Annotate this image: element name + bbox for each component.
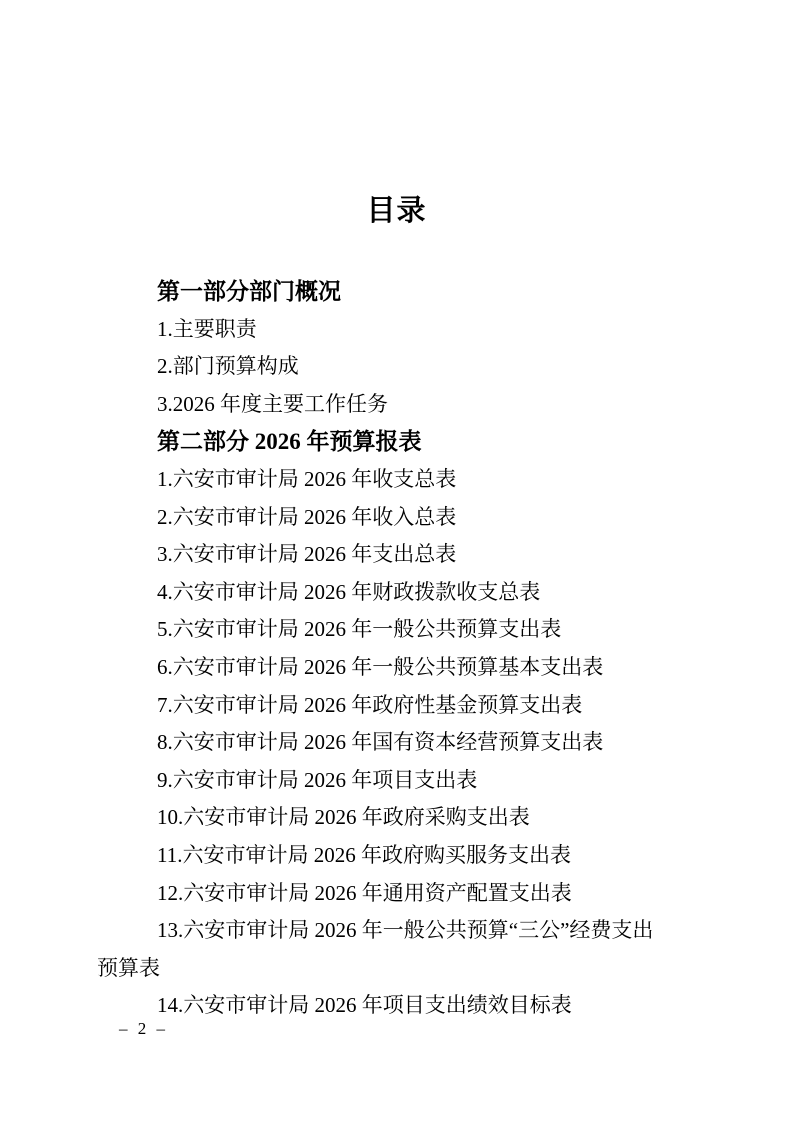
toc-item: 9.六安市审计局 2026 年项目支出表 [97,762,696,800]
toc-item: 14.六安市审计局 2026 年项目支出绩效目标表 [97,987,696,1025]
table-of-contents: 第一部分部门概况 1.主要职责 2.部门预算构成 3.2026 年度主要工作任务… [97,273,696,1025]
toc-item: 3.2026 年度主要工作任务 [97,386,696,424]
toc-item: 12.六安市审计局 2026 年通用资产配置支出表 [97,875,696,913]
toc-item: 1.主要职责 [97,311,696,349]
section-heading-part1: 第一部分部门概况 [97,273,696,311]
page-content: 目录 第一部分部门概况 1.主要职责 2.部门预算构成 3.2026 年度主要工… [0,0,793,1025]
toc-item: 1.六安市审计局 2026 年收支总表 [97,461,696,499]
toc-item-continuation: 预算表 [97,950,696,988]
toc-item: 2.部门预算构成 [97,348,696,386]
page-number: – 2 – [119,1020,168,1037]
toc-item: 10.六安市审计局 2026 年政府采购支出表 [97,799,696,837]
toc-item: 7.六安市审计局 2026 年政府性基金预算支出表 [97,687,696,725]
toc-item: 13.六安市审计局 2026 年一般公共预算“三公”经费支出 [97,912,696,950]
toc-item: 5.六安市审计局 2026 年一般公共预算支出表 [97,611,696,649]
section-heading-part2: 第二部分 2026 年预算报表 [97,423,696,461]
toc-item: 11.六安市审计局 2026 年政府购买服务支出表 [97,837,696,875]
toc-item: 2.六安市审计局 2026 年收入总表 [97,499,696,537]
page-title: 目录 [97,197,696,226]
document-page: 目录 第一部分部门概况 1.主要职责 2.部门预算构成 3.2026 年度主要工… [0,0,793,1122]
toc-item: 4.六安市审计局 2026 年财政拨款收支总表 [97,574,696,612]
toc-item: 8.六安市审计局 2026 年国有资本经营预算支出表 [97,724,696,762]
toc-item: 3.六安市审计局 2026 年支出总表 [97,536,696,574]
toc-item: 6.六安市审计局 2026 年一般公共预算基本支出表 [97,649,696,687]
